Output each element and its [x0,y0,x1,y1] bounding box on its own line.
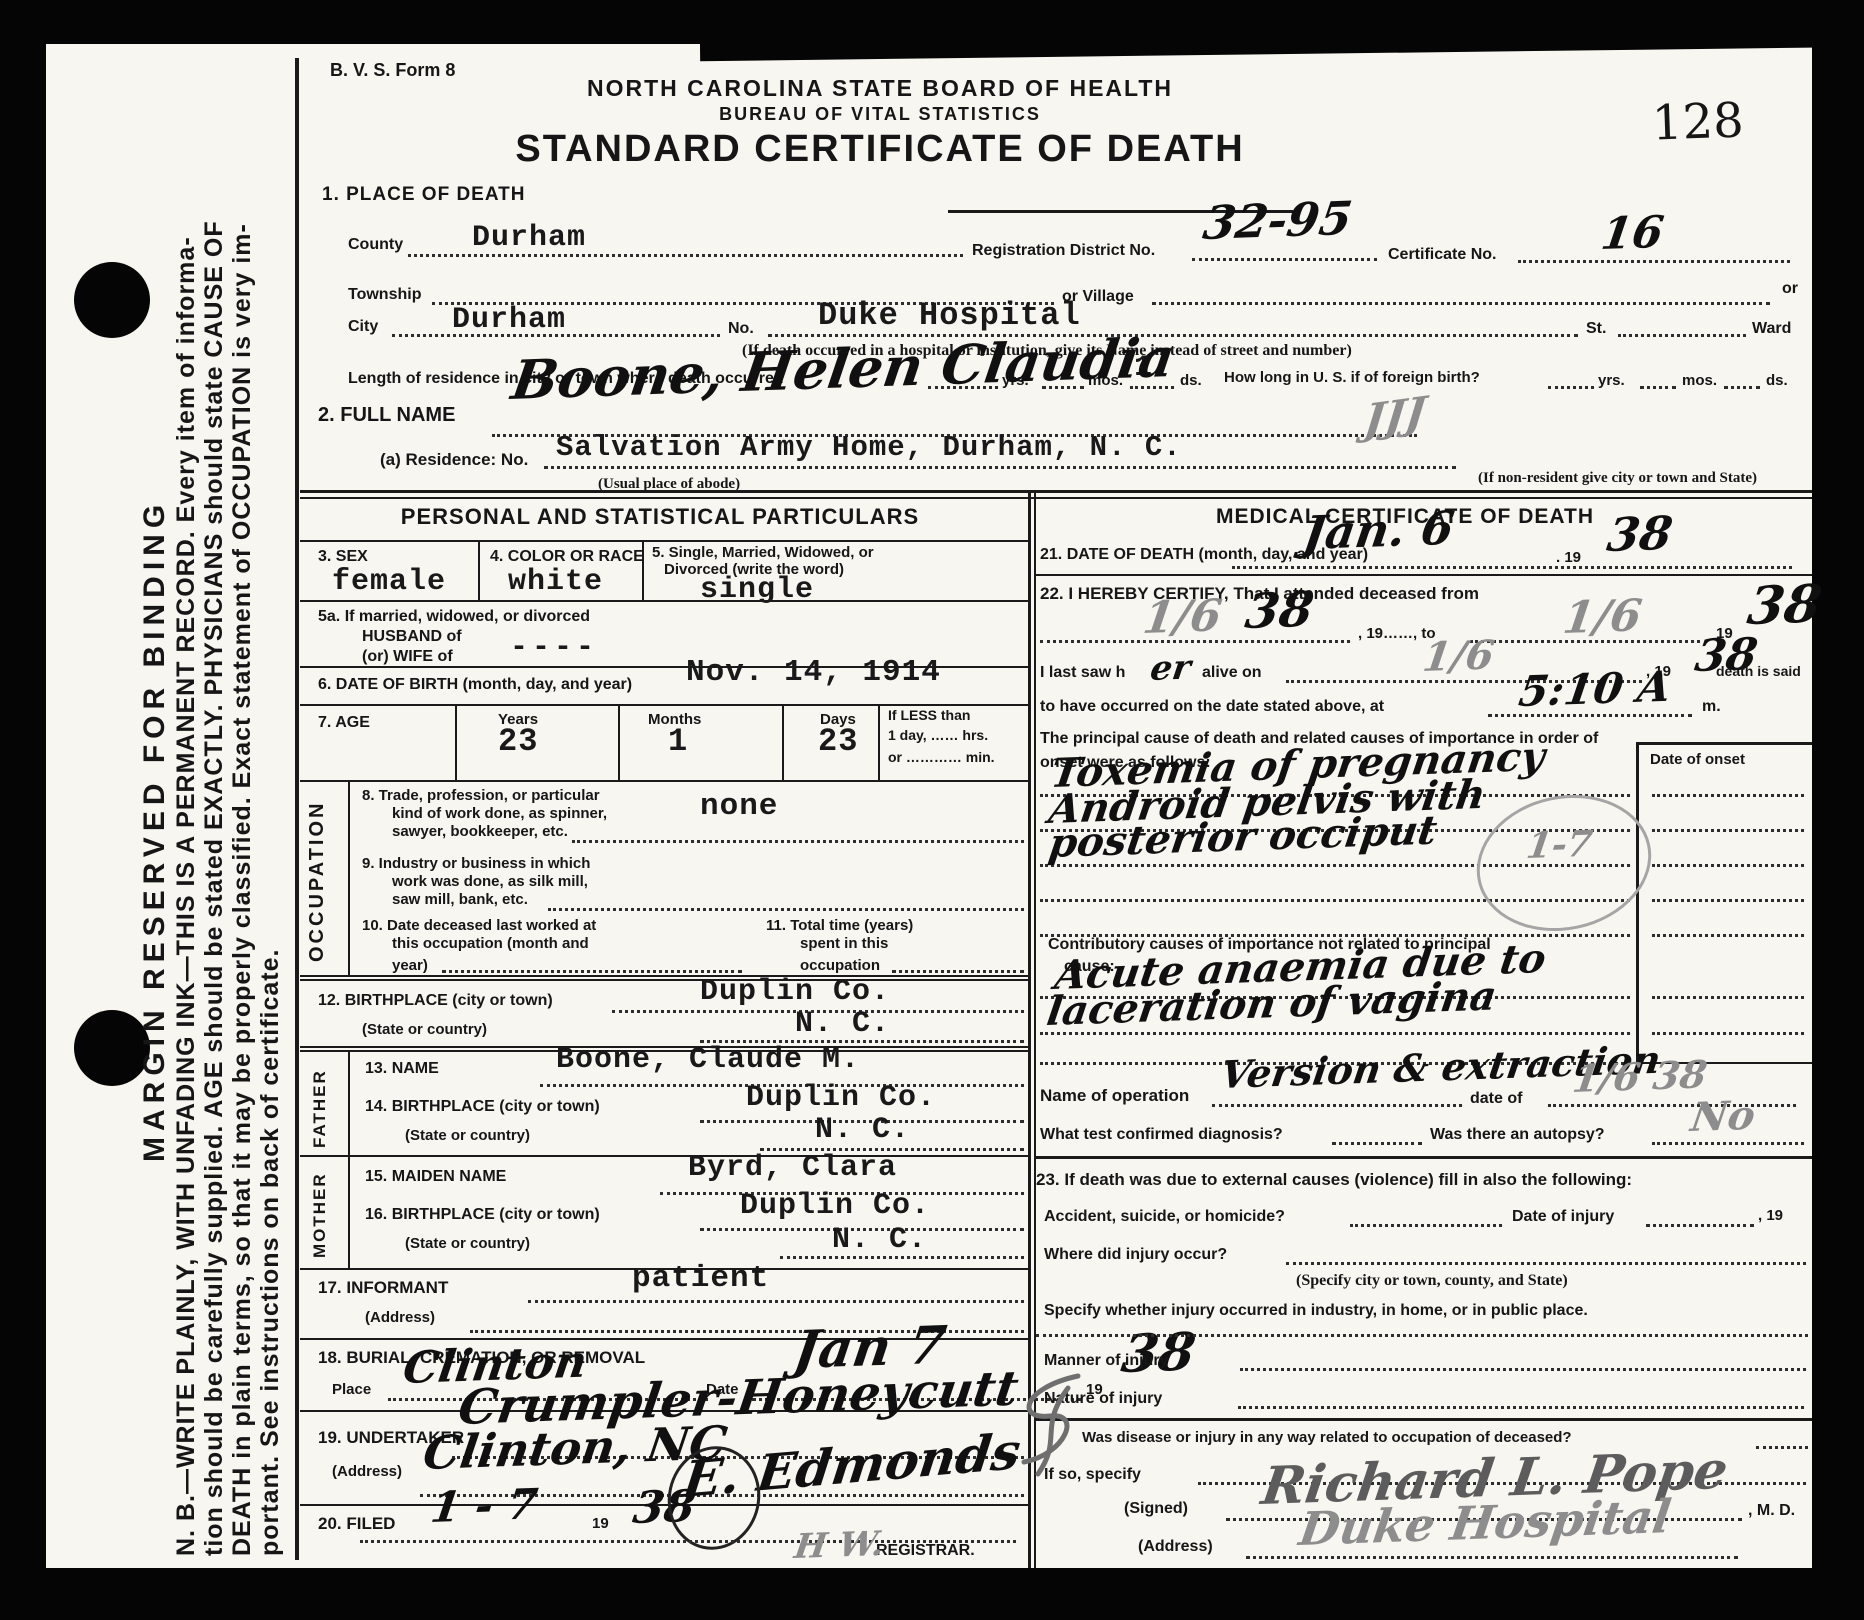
operation-label: Name of operation [1040,1086,1189,1105]
margin-note-line: DEATH in plain terms, so that it may be … [228,223,256,1556]
mother-birthplace-value: Duplin Co. [740,1190,930,1224]
dotted-line [1640,386,1676,389]
dotted-line [1246,1556,1738,1559]
margin-binding-label: MARGIN RESERVED FOR BINDING [138,499,172,1162]
date-of-label: date of [1470,1090,1522,1108]
institution-value: Duke Hospital [818,298,1081,334]
age-label: 7. AGE [318,714,370,732]
cell-divider [348,780,350,976]
ds-label: ds. [1180,373,1202,390]
mother-birthplace-label: 16. BIRTHPLACE (city or town) [365,1206,600,1224]
dotted-line [572,840,1024,843]
rule [1034,574,1812,576]
spouse-value: ---- [510,632,598,666]
informant-value: patient [632,1262,769,1297]
undertaker-address-label: (Address) [332,1464,402,1481]
margin-note-line: N. B.—WRITE PLAINLY, WITH UNFADING INK—T… [172,236,200,1556]
filed-value: 1 - 7 [428,1480,540,1531]
foreign-birth-label: How long in U. S. if of foreign birth? [1224,370,1480,387]
mother-name-value: Byrd, Clara [688,1152,897,1186]
dod-19-label: . 19 [1556,550,1581,567]
dotted-line [548,908,1024,911]
trade-label: kind of work done, as spinner, [392,806,607,823]
dotted-line [1040,640,1350,643]
death-is-said-label: death is said [1716,664,1801,680]
trade-label: sawyer, bookkeeper, etc. [392,824,568,841]
filed-19-label: 19 [592,1516,609,1533]
dotted-line [1652,934,1804,937]
related-occupation-label: Was disease or injury in any way related… [1082,1430,1572,1447]
dotted-line [1618,334,1746,337]
total-time-label: occupation [800,958,880,975]
filed-label: 20. FILED [318,1514,395,1533]
residence-value: Salvation Army Home, Durham, N. C. [556,432,1182,464]
margin-note-line: tion should be carefully supplied. AGE s… [200,220,228,1556]
bureau-subtitle: BUREAU OF VITAL STATISTICS [520,104,1240,124]
onset-box-rule [1636,742,1812,745]
specify-whether-label: Specify whether injury occurred in indus… [1044,1302,1588,1320]
yrs-label: yrs. [1598,373,1625,390]
attended-from-value: 1/6 [1140,591,1225,643]
total-time-label: 11. Total time (years) [766,918,913,935]
dob-label: 6. DATE OF BIRTH (month, day, and year) [318,676,632,694]
signed-label: (Signed) [1124,1500,1188,1518]
dotted-line [1212,1104,1462,1107]
informant-address-label: (Address) [365,1310,435,1327]
last-worked-label: 10. Date deceased last worked at [362,918,596,935]
dotted-line [1286,1262,1806,1265]
age-days-value: 23 [818,724,858,760]
rule [300,497,1812,499]
father-birthplace-label: 14. BIRTHPLACE (city or town) [365,1098,600,1116]
cell-divider [878,704,880,780]
punch-hole [74,262,150,338]
county-value: Durham [472,222,586,256]
dotted-line [1652,1142,1804,1145]
registrar-initials: H W. [792,1525,887,1566]
physician-address-label: (Address) [1138,1538,1213,1556]
specify-city-note: (Specify city or town, county, and State… [1296,1272,1568,1290]
rule [1034,1418,1812,1421]
to-label: , 19……, to [1358,626,1436,643]
accident-label: Accident, suicide, or homicide? [1044,1208,1285,1226]
married-label: 5a. If married, widowed, or divorced [318,608,590,626]
attended-from-year: 38 [1242,584,1317,640]
husband-of-label: HUSBAND of [362,628,462,646]
dotted-line [1652,864,1804,867]
md-label: , M. D. [1748,1502,1795,1520]
city-value: Durham [452,304,566,338]
father-name-label: 13. NAME [365,1060,439,1078]
dotted-line [1240,1368,1806,1371]
ifso-label: If so, specify [1044,1466,1141,1484]
place-of-death-section: 1. PLACE OF DEATH [322,184,526,205]
mother-state-value: N. C. [832,1224,927,1258]
alive-on-label: alive on [1202,664,1262,682]
cell-divider [348,1155,350,1268]
registration-district-label: Registration District No. [972,242,1155,260]
time-of-death-value: 5:10 A [1516,663,1674,715]
rule [1034,1156,1812,1159]
street-no-label: No. [728,320,754,338]
dotted-line [544,466,1456,469]
race-label: 4. COLOR OR RACE [490,548,644,566]
trade-label: 8. Trade, profession, or particular [362,788,600,805]
dotted-line [1548,1104,1796,1107]
dotted-line [892,970,1024,973]
attended-to-value: 1/6 [1560,591,1645,643]
rule [300,490,1812,493]
sex-value: female [332,566,446,600]
board-title: NORTH CAROLINA STATE BOARD OF HEALTH [520,76,1240,102]
dotted-line [1652,899,1804,902]
father-state-value: N. C. [815,1114,910,1148]
injury-19-label: , 19 [1758,1208,1783,1225]
dotted-line [442,970,742,973]
dotted-line [1192,258,1377,261]
autopsy-value: No [1688,1094,1758,1141]
city-label: City [348,318,378,336]
date-of-death-value: Jan. 6 [1300,503,1457,560]
age-years-value: 23 [498,724,538,760]
state-label: (State or country) [362,1022,487,1039]
margin-rule [295,58,299,1560]
dotted-line [1152,302,1770,305]
birthplace-label: 12. BIRTHPLACE (city or town) [318,992,553,1010]
rule [300,600,1028,602]
county-label: County [348,236,403,254]
autopsy-label: Was there an autopsy? [1430,1126,1605,1144]
occurred-label: to have occurred on the date stated abov… [1040,698,1384,716]
dotted-line [1646,1224,1754,1227]
mother-name-label: 15. MAIDEN NAME [365,1168,506,1186]
pencil-mark: JJJ [1362,388,1428,443]
dotted-line [1332,1142,1422,1145]
form-number: B. V. S. Form 8 [330,60,455,80]
wife-of-label: (or) WIFE of [362,648,453,666]
meridiem-label: m. [1702,698,1721,716]
full-name-section: 2. FULL NAME [318,404,455,426]
rule [300,780,1028,782]
last-saw-her: er [1148,649,1193,688]
father-birthplace-value: Duplin Co. [746,1082,936,1116]
ifless-label: or ………… min. [888,750,995,766]
dotted-line [1518,260,1790,263]
sex-label: 3. SEX [318,548,368,566]
dotted-line [1652,996,1804,999]
certificate-title: STANDARD CERTIFICATE OF DEATH [430,128,1330,171]
industry-label: saw mill, bank, etc. [392,892,528,909]
dotted-line [1040,1032,1630,1035]
township-label: Township [348,286,421,304]
ds-label: ds. [1766,373,1788,390]
dotted-line [1652,1032,1804,1035]
industry-label: 9. Industry or business in which [362,856,590,873]
last-saw-value: 1/6 [1420,634,1497,681]
mother-state-label: (State or country) [405,1236,530,1253]
burial-place-label: Place [332,1382,371,1399]
certificate-no-label: Certificate No. [1388,246,1496,264]
registrar-label: REGISTRAR. [876,1542,975,1560]
nonresident-note: (If non-resident give city or town and S… [1478,470,1757,487]
margin-note-line: portant. See instructions on back of cer… [256,949,284,1556]
cell-divider [478,540,480,600]
dotted-line [392,334,720,337]
dotted-line [1238,1406,1804,1409]
dotted-line [1652,829,1804,832]
last-saw-label: I last saw h [1040,664,1125,682]
dotted-line [1548,386,1594,389]
last-worked-label: this occupation (month and [392,936,589,953]
trade-value: none [700,790,778,825]
marital-label: 5. Single, Married, Widowed, or [652,545,874,562]
dotted-line [1232,566,1792,569]
rule [300,975,1028,977]
cell-divider [455,704,457,780]
birthplace-value: Duplin Co. [700,976,890,1010]
rule [300,540,1028,542]
st-label: St. [1586,320,1606,338]
cell-divider [348,1050,350,1155]
pencil-circle-note: 1-7 [1524,824,1595,867]
ifless-label: If LESS than [888,708,970,724]
mother-vertical-label: MOTHER [310,1172,329,1258]
rule [300,704,1028,706]
ifless-label: 1 day, …… hrs. [888,728,988,744]
dotted-line [1724,386,1760,389]
ward-label: Ward [1752,320,1791,338]
personal-section-heading: PERSONAL AND STATISTICAL PARTICULARS [330,505,990,530]
rule [300,1155,1028,1157]
onset-box-rule [1636,742,1639,1064]
dotted-line [1756,1446,1808,1449]
cell-divider [782,704,784,780]
race-value: white [508,566,603,600]
residence-label: (a) Residence: No. [380,450,528,469]
dotted-line [1652,794,1804,797]
rule [300,979,1028,981]
registration-district-value: 32-95 [1200,193,1355,250]
father-name-value: Boone, Claude M. [556,1044,860,1078]
stamp-number: 128 [1651,94,1744,151]
dob-value: Nov. 14, 1914 [686,656,941,691]
mos-label: mos. [1682,373,1717,390]
operation-date-value: 1/6 38 [1570,1053,1710,1100]
date-of-onset-label: Date of onset [1650,752,1745,769]
external-causes-label: 23. If death was due to external causes … [1036,1170,1632,1189]
scanned-death-certificate: MARGIN RESERVED FOR BINDING N. B.—WRITE … [0,0,1864,1620]
father-state-label: (State or country) [405,1128,530,1145]
occupation-vertical-label: OCCUPATION [306,801,328,962]
dotted-line [528,1300,1024,1303]
test-label: What test confirmed diagnosis? [1040,1126,1283,1144]
state-value: N. C. [795,1008,890,1042]
dotted-line [780,1256,1024,1259]
dod-year-value: 38 [1604,508,1676,562]
dotted-line [1036,1334,1808,1337]
where-injury-label: Where did injury occur? [1044,1246,1227,1264]
or-label: or [1782,280,1798,298]
attended-to-year: 38 [1744,576,1825,637]
informant-label: 17. INFORMANT [318,1278,448,1297]
cell-divider [618,704,620,780]
dotted-line [1350,1224,1502,1227]
date-of-injury-label: Date of injury [1512,1208,1614,1226]
certificate-no-value: 16 [1598,208,1667,259]
total-time-label: spent in this [800,936,888,953]
industry-label: work was done, as silk mill, [392,874,588,891]
father-vertical-label: FATHER [310,1069,329,1148]
marital-value: single [700,574,814,608]
age-months-value: 1 [668,724,688,760]
last-worked-label: year) [392,958,428,975]
